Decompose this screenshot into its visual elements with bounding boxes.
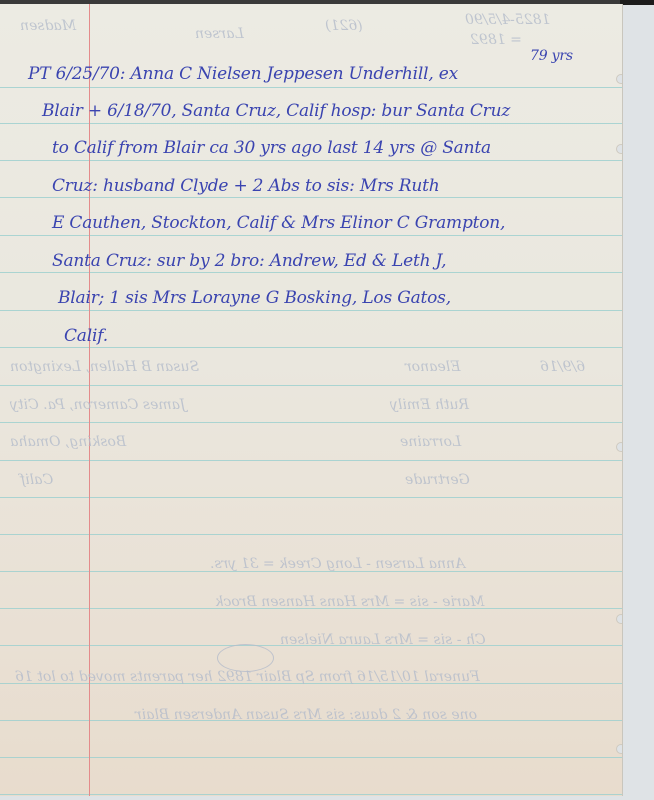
ruled-line (0, 757, 622, 758)
ruled-line (0, 235, 622, 236)
bleed-through-text: Marie - sis = Mrs Hans Hansen Brock (215, 594, 484, 610)
scan-top-edge-right (620, 0, 654, 5)
ruled-line (0, 497, 622, 498)
ruled-line (0, 534, 622, 535)
bleed-through-text: Calif (20, 472, 53, 488)
bleed-through-text: 1825-4/5/90 (465, 12, 550, 28)
ruled-line (0, 197, 622, 198)
bleed-through-text: one son & 2 daus: sis Mrs Susan Andersen… (135, 707, 477, 723)
handwritten-line: Cruz: husband Clyde + 2 Abs to sis: Mrs … (52, 176, 439, 196)
bleed-through-text: Lorraine (400, 434, 461, 450)
handwritten-line: Blair; 1 sis Mrs Lorayne G Bosking, Los … (58, 288, 451, 308)
bleed-through-text: Eleanor (405, 359, 460, 375)
handwritten-line: to Calif from Blair ca 30 yrs ago last 1… (52, 138, 491, 158)
notebook-page: Madsen Larsen (621) 1825-4/5/90 = 1892 S… (0, 4, 622, 796)
bleed-through-text: 6/9/16 (540, 359, 585, 375)
bleed-through-oval (217, 644, 274, 672)
ruled-line (0, 310, 622, 311)
handwritten-line: Santa Cruz: sur by 2 bro: Andrew, Ed & L… (52, 251, 446, 271)
handwritten-line: PT 6/25/70: Anna C Nielsen Jeppesen Unde… (28, 64, 458, 84)
ruled-line (0, 794, 622, 795)
bleed-through-text: Anna Larsen - Long Creek = 31 yrs. (210, 556, 465, 572)
edge-tear (616, 144, 622, 154)
handwritten-line: E Cauthen, Stockton, Calif & Mrs Elinor … (52, 213, 505, 233)
bleed-through-text: Susan B Hallen, Lexington (10, 359, 199, 375)
ruled-line (0, 460, 622, 461)
ruled-line (0, 87, 622, 88)
ruled-line (0, 422, 622, 423)
ruled-line (0, 123, 622, 124)
edge-tear (616, 74, 622, 84)
ruled-line (0, 385, 622, 386)
bleed-through-text: Larsen (195, 26, 244, 42)
bleed-through-text: (621) (325, 18, 363, 34)
bleed-through-text: = 1892 (470, 32, 522, 48)
ruled-line (0, 347, 622, 348)
handwritten-line: Calif. (64, 326, 108, 346)
age-annotation: 79 yrs (530, 48, 573, 64)
edge-tear (616, 442, 622, 452)
bleed-through-text: Ch - sis = Mrs Laura Nielsen (280, 632, 486, 648)
bleed-through-text: Ruth Emily (390, 397, 469, 413)
bleed-through-text: Funeral 10/15/16 from Sp Blair 1892 her … (15, 669, 480, 685)
bleed-through-text: Madsen (20, 18, 76, 34)
bleed-through-text: Gertrude (405, 472, 470, 488)
bleed-through-text: Bosking, Omaha (10, 434, 126, 450)
edge-tear (616, 614, 622, 624)
ruled-line (0, 160, 622, 161)
edge-tear (616, 744, 622, 754)
bleed-through-text: James Cameron, Pa. City (10, 397, 186, 413)
handwritten-line: Blair + 6/18/70, Santa Cruz, Calif hosp:… (42, 101, 510, 121)
ruled-line (0, 272, 622, 273)
